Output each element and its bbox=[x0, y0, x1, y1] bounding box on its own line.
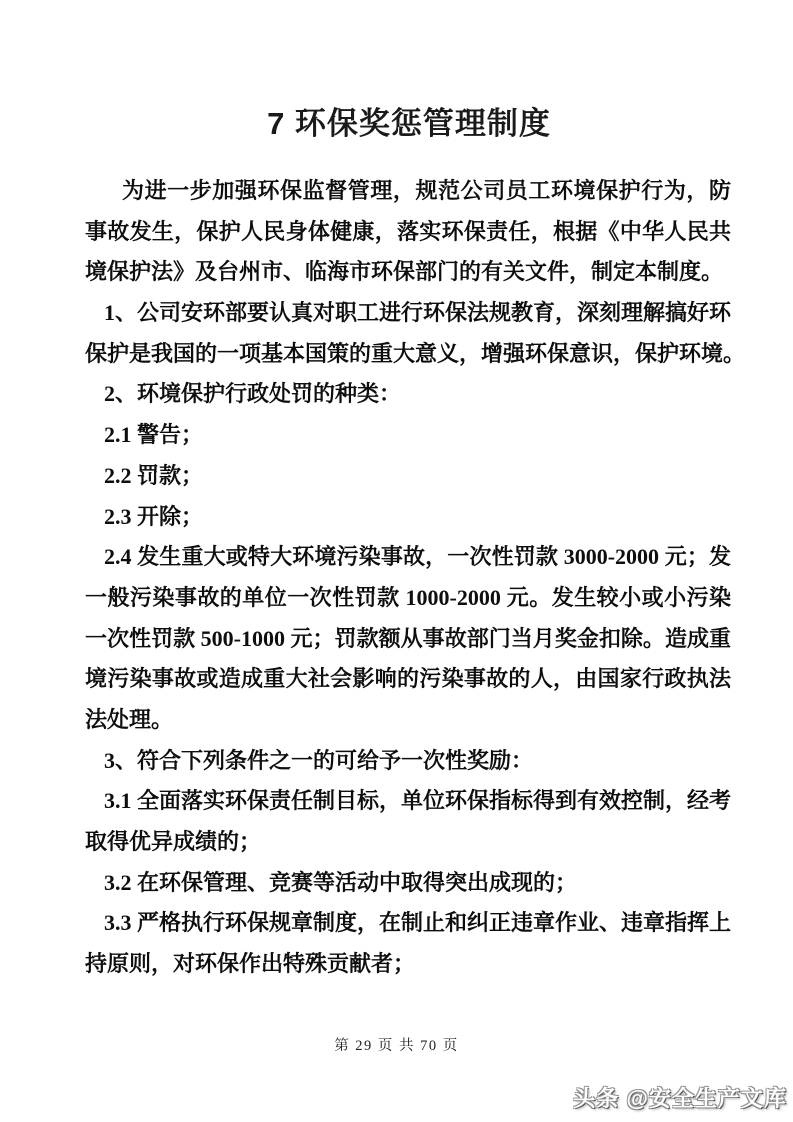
text-line: 3.2 在环保管理、竞赛等活动中取得突出成现的； bbox=[85, 863, 731, 904]
document-body: 为进一步加强环保监督管理，规范公司员工环境保护行为，防止污染事故发生，保护人民身… bbox=[85, 171, 731, 985]
text-line: 保护是我国的一项基本国策的重大意义，增强环保意识，保护环境。 bbox=[85, 334, 731, 375]
text-line: 持原则，对环保作出特殊贡献者； bbox=[85, 944, 731, 985]
text-line: 法处理。 bbox=[85, 700, 731, 741]
text-line: 3、符合下列条件之一的可给予一次性奖励： bbox=[85, 741, 731, 782]
document-page: { "page": { "title": "7 环保奖惩管理制度", "foot… bbox=[0, 0, 793, 1122]
text-line: 2、环境保护行政处罚的种类： bbox=[85, 374, 731, 415]
text-line: 为进一步加强环保监督管理，规范公司员工环境保护行为，防止污染 bbox=[85, 171, 731, 212]
watermark-text: 头条 @安全生产文库 bbox=[573, 1082, 787, 1113]
text-line: 事故发生，保护人民身体健康，落实环保责任，根据《中华人民共和国环 bbox=[85, 212, 731, 253]
text-line: 取得优异成绩的； bbox=[85, 822, 731, 863]
text-line: 2.1 警告； bbox=[85, 415, 731, 456]
text-line: 一般污染事故的单位一次性罚款 1000-2000 元。发生较小或小污染事故的， bbox=[85, 578, 731, 619]
text-line: 境污染事故或造成重大社会影响的污染事故的人，由国家行政执法部门依 bbox=[85, 659, 731, 700]
text-line: 2.3 开除； bbox=[85, 497, 731, 538]
text-line: 2.2 罚款； bbox=[85, 456, 731, 497]
page-title: 7 环保奖惩管理制度 bbox=[85, 98, 733, 143]
page-number: 第 29 页 共 70 页 bbox=[0, 1034, 793, 1055]
text-line: 1、公司安环部要认真对职工进行环保法规教育，深刻理解搞好环境 bbox=[85, 293, 731, 334]
text-line: 3.3 严格执行环保规章制度，在制止和纠正违章作业、违章指挥上坚 bbox=[85, 903, 731, 944]
text-line: 境保护法》及台州市、临海市环保部门的有关文件，制定本制度。 bbox=[85, 252, 731, 293]
text-line: 2.4 发生重大或特大环境污染事故，一次性罚款 3000-2000 元；发生 bbox=[85, 537, 731, 578]
text-line: 一次性罚款 500-1000 元；罚款额从事故部门当月奖金扣除。造成重大环 bbox=[85, 619, 731, 660]
text-line: 3.1 全面落实环保责任制目标，单位环保指标得到有效控制，经考核 bbox=[85, 781, 731, 822]
